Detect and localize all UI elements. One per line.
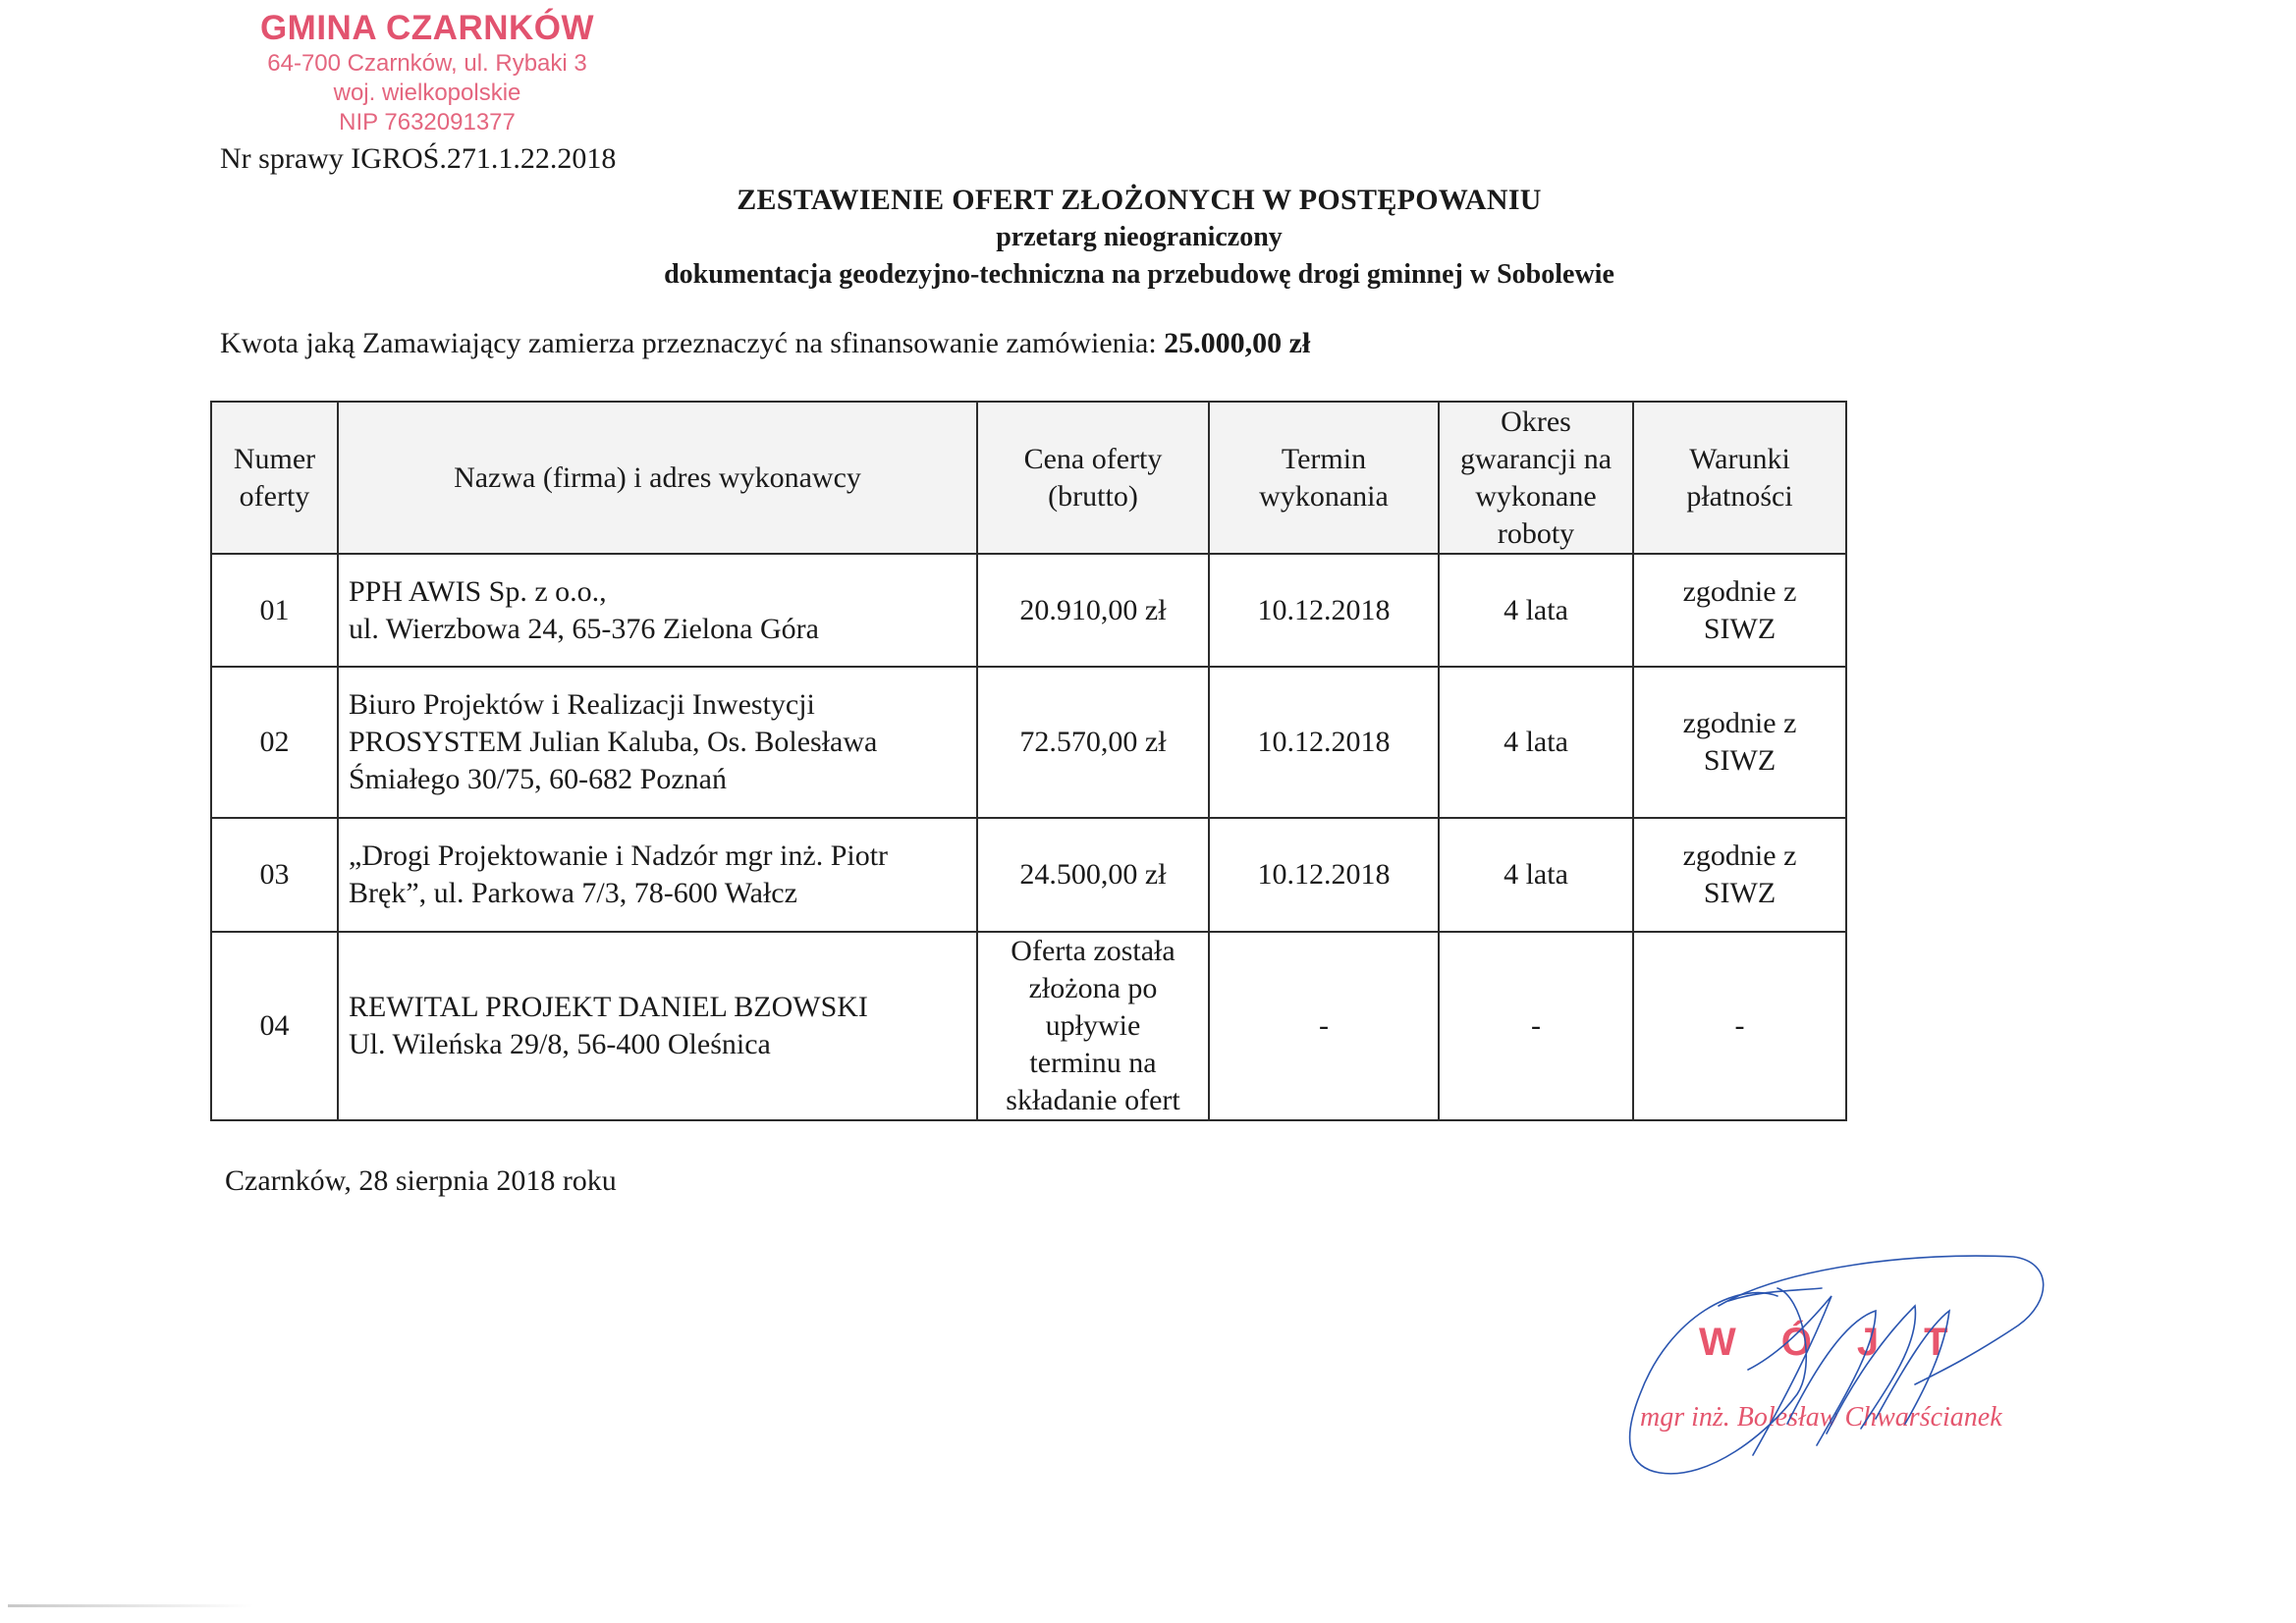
cell-contractor-line: Bręk”, ul. Parkowa 7/3, 78-600 Wałcz bbox=[349, 875, 970, 912]
cell-payment-line: zgodnie z bbox=[1640, 838, 1839, 875]
stamp-address: 64-700 Czarnków, ul. Rybaki 3 bbox=[211, 49, 643, 79]
cell-price-line: terminu na bbox=[984, 1045, 1202, 1082]
header-text-line: Cena oferty bbox=[984, 441, 1202, 478]
header-text-line: (brutto) bbox=[984, 478, 1202, 515]
cell-payment-line: zgodnie z bbox=[1640, 573, 1839, 611]
cell-warranty: 4 lata bbox=[1439, 667, 1633, 818]
cell-contractor-line: ul. Wierzbowa 24, 65-376 Zielona Góra bbox=[349, 611, 970, 648]
cell-price-line: Oferta została bbox=[984, 933, 1202, 970]
cell-deadline: 10.12.2018 bbox=[1209, 554, 1439, 667]
cell-payment-line: - bbox=[1640, 1007, 1839, 1045]
cell-contractor-line: Śmiałego 30/75, 60-682 Poznań bbox=[349, 761, 970, 798]
cell-contractor-line: REWITAL PROJEKT DANIEL BZOWSKI bbox=[349, 989, 970, 1026]
header-text-line: wykonania bbox=[1216, 478, 1432, 515]
title-line-1: ZESTAWIENIE OFERT ZŁOŻONYCH W POSTĘPOWAN… bbox=[550, 181, 1728, 220]
scan-edge bbox=[8, 1604, 253, 1607]
header-text-line: płatności bbox=[1640, 478, 1839, 515]
cell-payment-line: zgodnie z bbox=[1640, 705, 1839, 742]
cell-deadline: - bbox=[1209, 932, 1439, 1120]
header-price: Cena oferty(brutto) bbox=[977, 402, 1209, 554]
cell-contractor-line: PROSYSTEM Julian Kaluba, Os. Bolesława bbox=[349, 724, 970, 761]
cell-price-line: złożona po bbox=[984, 970, 1202, 1007]
header-deadline: Terminwykonania bbox=[1209, 402, 1439, 554]
cell-offer-number: 01 bbox=[211, 554, 338, 667]
cell-contractor-line: Biuro Projektów i Realizacji Inwestycji bbox=[349, 686, 970, 724]
cell-price: 20.910,00 zł bbox=[977, 554, 1209, 667]
cell-contractor: PPH AWIS Sp. z o.o.,ul. Wierzbowa 24, 65… bbox=[338, 554, 977, 667]
header-text-line: Warunki bbox=[1640, 441, 1839, 478]
cell-payment-line: SIWZ bbox=[1640, 875, 1839, 912]
cell-price-line: składanie ofert bbox=[984, 1082, 1202, 1119]
header-contractor: Nazwa (firma) i adres wykonawcy bbox=[338, 402, 977, 554]
cell-offer-number: 02 bbox=[211, 667, 338, 818]
stamp-name: GMINA CZARNKÓW bbox=[211, 8, 643, 49]
header-text-line: Okres bbox=[1446, 404, 1626, 441]
cell-offer-number: 03 bbox=[211, 818, 338, 932]
cell-price-line: 20.910,00 zł bbox=[984, 592, 1202, 629]
table-header-row: NumerofertyNazwa (firma) i adres wykonaw… bbox=[211, 402, 1846, 554]
budget-value: 25.000,00 zł bbox=[1164, 327, 1310, 359]
cell-contractor-line: Ul. Wileńska 29/8, 56-400 Oleśnica bbox=[349, 1026, 970, 1063]
table-row: 02Biuro Projektów i Realizacji Inwestycj… bbox=[211, 667, 1846, 818]
cell-contractor-line: „Drogi Projektowanie i Nadzór mgr inż. P… bbox=[349, 838, 970, 875]
cell-warranty: 4 lata bbox=[1439, 818, 1633, 932]
offers-table: NumerofertyNazwa (firma) i adres wykonaw… bbox=[210, 401, 1847, 1121]
document-title: ZESTAWIENIE OFERT ZŁOŻONYCH W POSTĘPOWAN… bbox=[550, 181, 1728, 295]
table-row: 03„Drogi Projektowanie i Nadzór mgr inż.… bbox=[211, 818, 1846, 932]
header-text-line: wykonane bbox=[1446, 478, 1626, 515]
handwritten-signature-icon bbox=[1591, 1227, 2141, 1502]
cell-payment-line: SIWZ bbox=[1640, 742, 1839, 780]
cell-price-line: 24.500,00 zł bbox=[984, 856, 1202, 893]
cell-warranty: 4 lata bbox=[1439, 554, 1633, 667]
header-text-line: oferty bbox=[218, 478, 331, 515]
cell-contractor: „Drogi Projektowanie i Nadzór mgr inż. P… bbox=[338, 818, 977, 932]
budget-label: Kwota jaką Zamawiający zamierza przeznac… bbox=[220, 327, 1164, 359]
header-text-line: gwarancji na bbox=[1446, 441, 1626, 478]
header-text-line: Numer bbox=[218, 441, 331, 478]
place-and-date: Czarnków, 28 sierpnia 2018 roku bbox=[225, 1164, 617, 1198]
cell-price: 72.570,00 zł bbox=[977, 667, 1209, 818]
header-offer-number: Numeroferty bbox=[211, 402, 338, 554]
stamp-nip: NIP 7632091377 bbox=[211, 108, 643, 137]
cell-deadline: 10.12.2018 bbox=[1209, 818, 1439, 932]
cell-payment: - bbox=[1633, 932, 1846, 1120]
cell-price: Oferta zostałazłożona poupływieterminu n… bbox=[977, 932, 1209, 1120]
cell-contractor: Biuro Projektów i Realizacji InwestycjiP… bbox=[338, 667, 977, 818]
cell-price: 24.500,00 zł bbox=[977, 818, 1209, 932]
header-text-line: Nazwa (firma) i adres wykonawcy bbox=[345, 460, 970, 497]
cell-offer-number: 04 bbox=[211, 932, 338, 1120]
header-warranty: Okresgwarancji nawykonaneroboty bbox=[1439, 402, 1633, 554]
signature-block: WÓJT mgr inż. Bolesław Chwarścianek bbox=[1591, 1227, 2141, 1502]
cell-price-line: upływie bbox=[984, 1007, 1202, 1045]
cell-contractor: REWITAL PROJEKT DANIEL BZOWSKIUl. Wileńs… bbox=[338, 932, 977, 1120]
cell-price-line: 72.570,00 zł bbox=[984, 724, 1202, 761]
header-payment: Warunkipłatności bbox=[1633, 402, 1846, 554]
cell-warranty: - bbox=[1439, 932, 1633, 1120]
title-line-2: przetarg nieograniczony bbox=[550, 220, 1728, 255]
cell-payment: zgodnie zSIWZ bbox=[1633, 818, 1846, 932]
budget-line: Kwota jaką Zamawiający zamierza przeznac… bbox=[220, 327, 1310, 360]
header-text-line: roboty bbox=[1446, 515, 1626, 553]
table-row: 04REWITAL PROJEKT DANIEL BZOWSKIUl. Wile… bbox=[211, 932, 1846, 1120]
cell-deadline: 10.12.2018 bbox=[1209, 667, 1439, 818]
header-text-line: Termin bbox=[1216, 441, 1432, 478]
case-number: Nr sprawy IGROŚ.271.1.22.2018 bbox=[220, 142, 616, 176]
cell-contractor-line: PPH AWIS Sp. z o.o., bbox=[349, 573, 970, 611]
stamp-region: woj. wielkopolskie bbox=[211, 79, 643, 108]
title-line-3: dokumentacja geodezyjno-techniczna na pr… bbox=[550, 255, 1728, 295]
cell-payment-line: SIWZ bbox=[1640, 611, 1839, 648]
cell-payment: zgodnie zSIWZ bbox=[1633, 667, 1846, 818]
table-row: 01PPH AWIS Sp. z o.o.,ul. Wierzbowa 24, … bbox=[211, 554, 1846, 667]
cell-payment: zgodnie zSIWZ bbox=[1633, 554, 1846, 667]
municipality-stamp: GMINA CZARNKÓW 64-700 Czarnków, ul. Ryba… bbox=[211, 8, 643, 137]
